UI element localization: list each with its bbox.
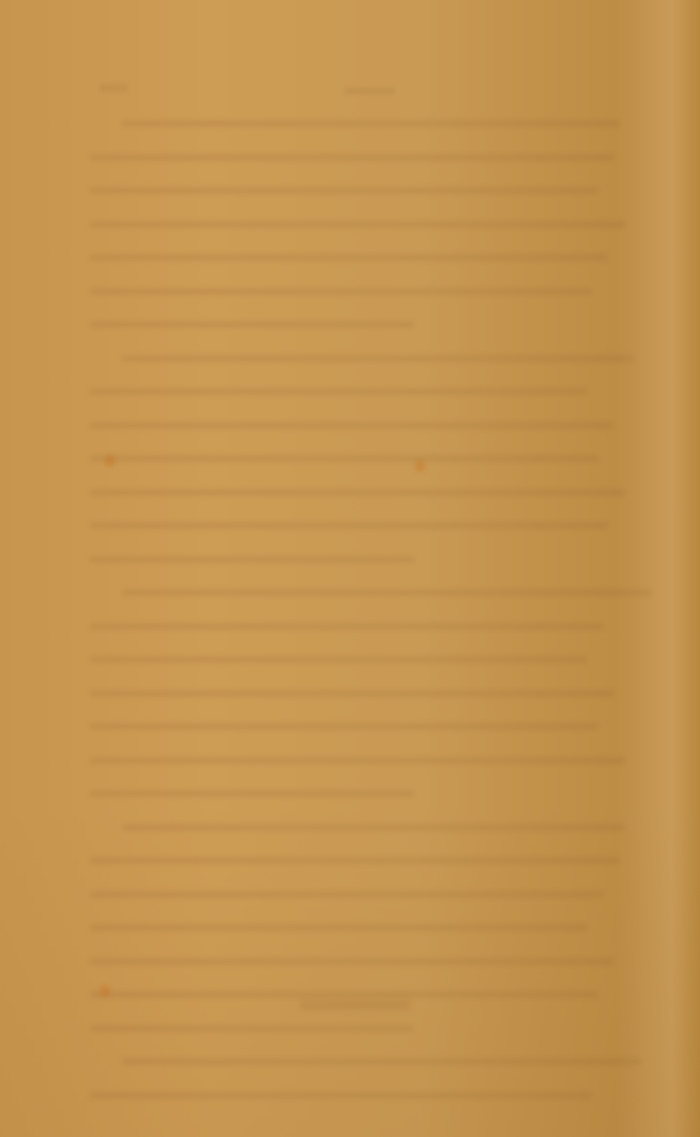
text-line: [90, 690, 614, 697]
text-line: [90, 857, 619, 864]
text-line: [122, 355, 635, 362]
text-line: [90, 556, 414, 563]
text-line: [90, 489, 625, 496]
text-line: [122, 120, 619, 127]
text-line: [122, 1058, 640, 1065]
text-line: [90, 623, 603, 630]
text-line: [90, 656, 587, 663]
book-page: [0, 0, 700, 1137]
text-line: [90, 455, 598, 462]
text-line: [90, 1025, 414, 1032]
text-line: [90, 221, 625, 228]
text-line: [90, 891, 603, 898]
text-line: [90, 388, 587, 395]
page-number: [100, 84, 128, 92]
text-line: [90, 254, 608, 261]
text-line: [90, 723, 598, 730]
text-line: [90, 288, 592, 295]
text-line: [90, 958, 614, 965]
text-line: [90, 1092, 592, 1099]
text-line: [90, 790, 414, 797]
text-line: [90, 321, 414, 328]
text-line: [122, 589, 651, 596]
text-line: [90, 991, 598, 998]
body-text: [90, 120, 630, 1125]
text-line: [90, 924, 587, 931]
text-line: [90, 757, 625, 764]
text-line: [90, 422, 614, 429]
stain-spot: [415, 460, 425, 472]
signature-mark: [300, 1000, 410, 1010]
running-header: [345, 88, 395, 94]
text-line: [90, 187, 598, 194]
text-line: [90, 522, 608, 529]
stain-spot: [105, 455, 115, 467]
text-line: [90, 154, 614, 161]
text-line: [122, 824, 624, 831]
stain-spot: [100, 985, 110, 997]
